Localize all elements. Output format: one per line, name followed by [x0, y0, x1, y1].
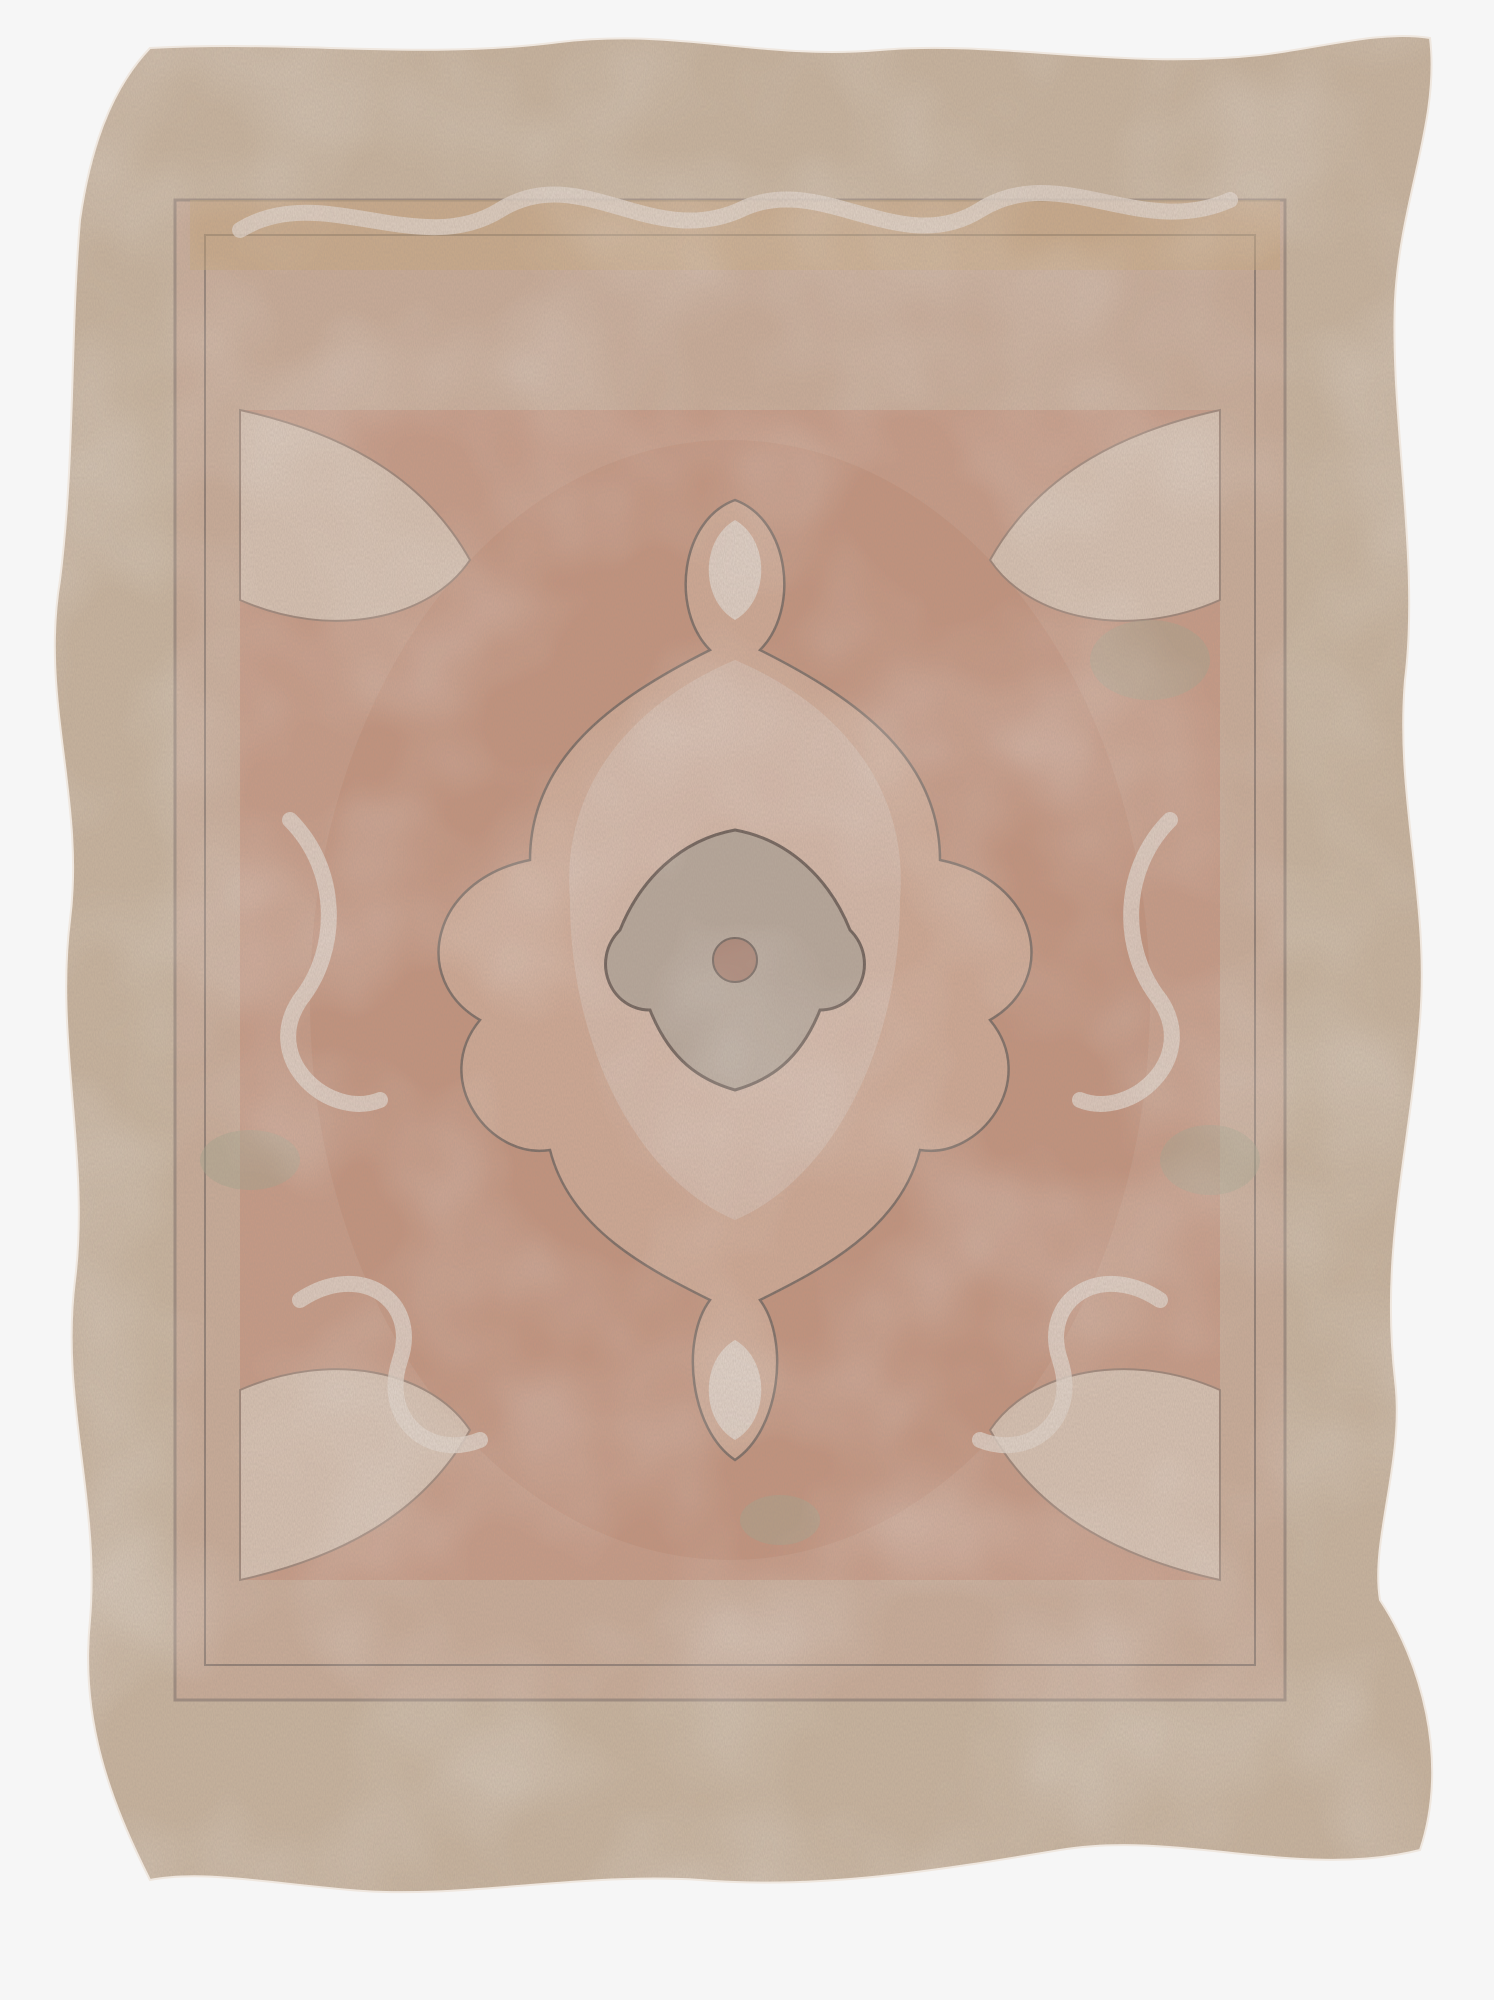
rug-photo — [0, 0, 1494, 2000]
rug — [0, 0, 1494, 2000]
rug-illustration — [0, 0, 1494, 2000]
